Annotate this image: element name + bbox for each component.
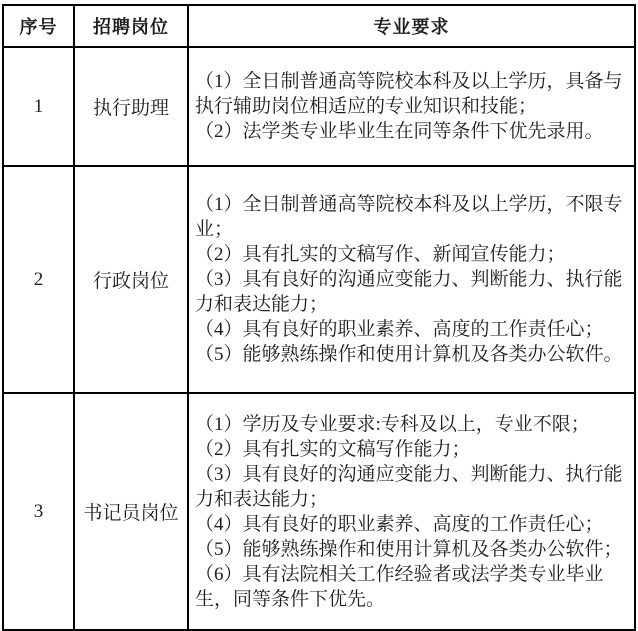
requirement-item: （2）法学类专业毕业生在同等条件下优先录用。 (195, 119, 630, 144)
header-row: 序号 招聘岗位 专业要求 (3, 5, 635, 47)
col-header-serial-number: 序号 (3, 5, 74, 47)
position-cell: 行政岗位 (74, 166, 188, 393)
requirement-item: （4）具有良好的职业素养、高度的工作责任心； (195, 512, 630, 537)
col-header-position: 招聘岗位 (74, 5, 188, 47)
serial-number-cell: 2 (3, 166, 74, 393)
requirement-item: （5）能够熟练操作和使用计算机及各类办公软件； (195, 537, 630, 562)
position-cell: 书记员岗位 (74, 393, 188, 630)
requirement-item: （3）具有良好的沟通应变能力、判断能力、执行能力和表达能力； (195, 267, 630, 317)
table-row-2: 2 行政岗位 （1）全日制普通高等院校本科及以上学历，不限专业； （2）具有扎实… (3, 166, 635, 393)
requirements-cell: （1）全日制普通高等院校本科及以上学历，不限专业； （2）具有扎实的文稿写作、新… (188, 166, 635, 393)
position-cell: 执行助理 (74, 47, 188, 166)
requirement-item: （5）能够熟练操作和使用计算机及各类办公软件。 (195, 342, 630, 367)
serial-number-cell: 3 (3, 393, 74, 630)
table-row-3: 3 书记员岗位 （1）学历及专业要求:专科及以上，专业不限； （2）具有扎实的文… (3, 393, 635, 630)
requirement-item: （4）具有良好的职业素养、高度的工作责任心； (195, 317, 630, 342)
requirement-item: （1）全日制普通高等院校本科及以上学历，不限专业； (195, 192, 630, 242)
recruitment-table: 序号 招聘岗位 专业要求 1 执行助理 （1）全日制普通高等院校本科及以上学历，… (2, 4, 636, 631)
serial-number-cell: 1 (3, 47, 74, 166)
requirements-cell: （1）学历及专业要求:专科及以上，专业不限； （2）具有扎实的文稿写作能力； （… (188, 393, 635, 630)
requirement-item: （1）全日制普通高等院校本科及以上学历，具备与执行辅助岗位相适应的专业知识和技能… (195, 69, 630, 119)
requirement-item: （2）具有扎实的文稿写作、新闻宣传能力； (195, 242, 630, 267)
requirement-item: （6）具有法院相关工作经验者或法学类专业毕业生，同等条件下优先。 (195, 562, 630, 612)
table-row-1: 1 执行助理 （1）全日制普通高等院校本科及以上学历，具备与执行辅助岗位相适应的… (3, 47, 635, 166)
requirement-item: （3）具有良好的沟通应变能力、判断能力、执行能力和表达能力； (195, 462, 630, 512)
recruitment-table-document: 序号 招聘岗位 专业要求 1 执行助理 （1）全日制普通高等院校本科及以上学历，… (2, 4, 636, 631)
requirement-item: （2）具有扎实的文稿写作能力； (195, 437, 630, 462)
requirements-cell: （1）全日制普通高等院校本科及以上学历，具备与执行辅助岗位相适应的专业知识和技能… (188, 47, 635, 166)
col-header-requirements: 专业要求 (188, 5, 635, 47)
requirement-item: （1）学历及专业要求:专科及以上，专业不限； (195, 412, 630, 437)
